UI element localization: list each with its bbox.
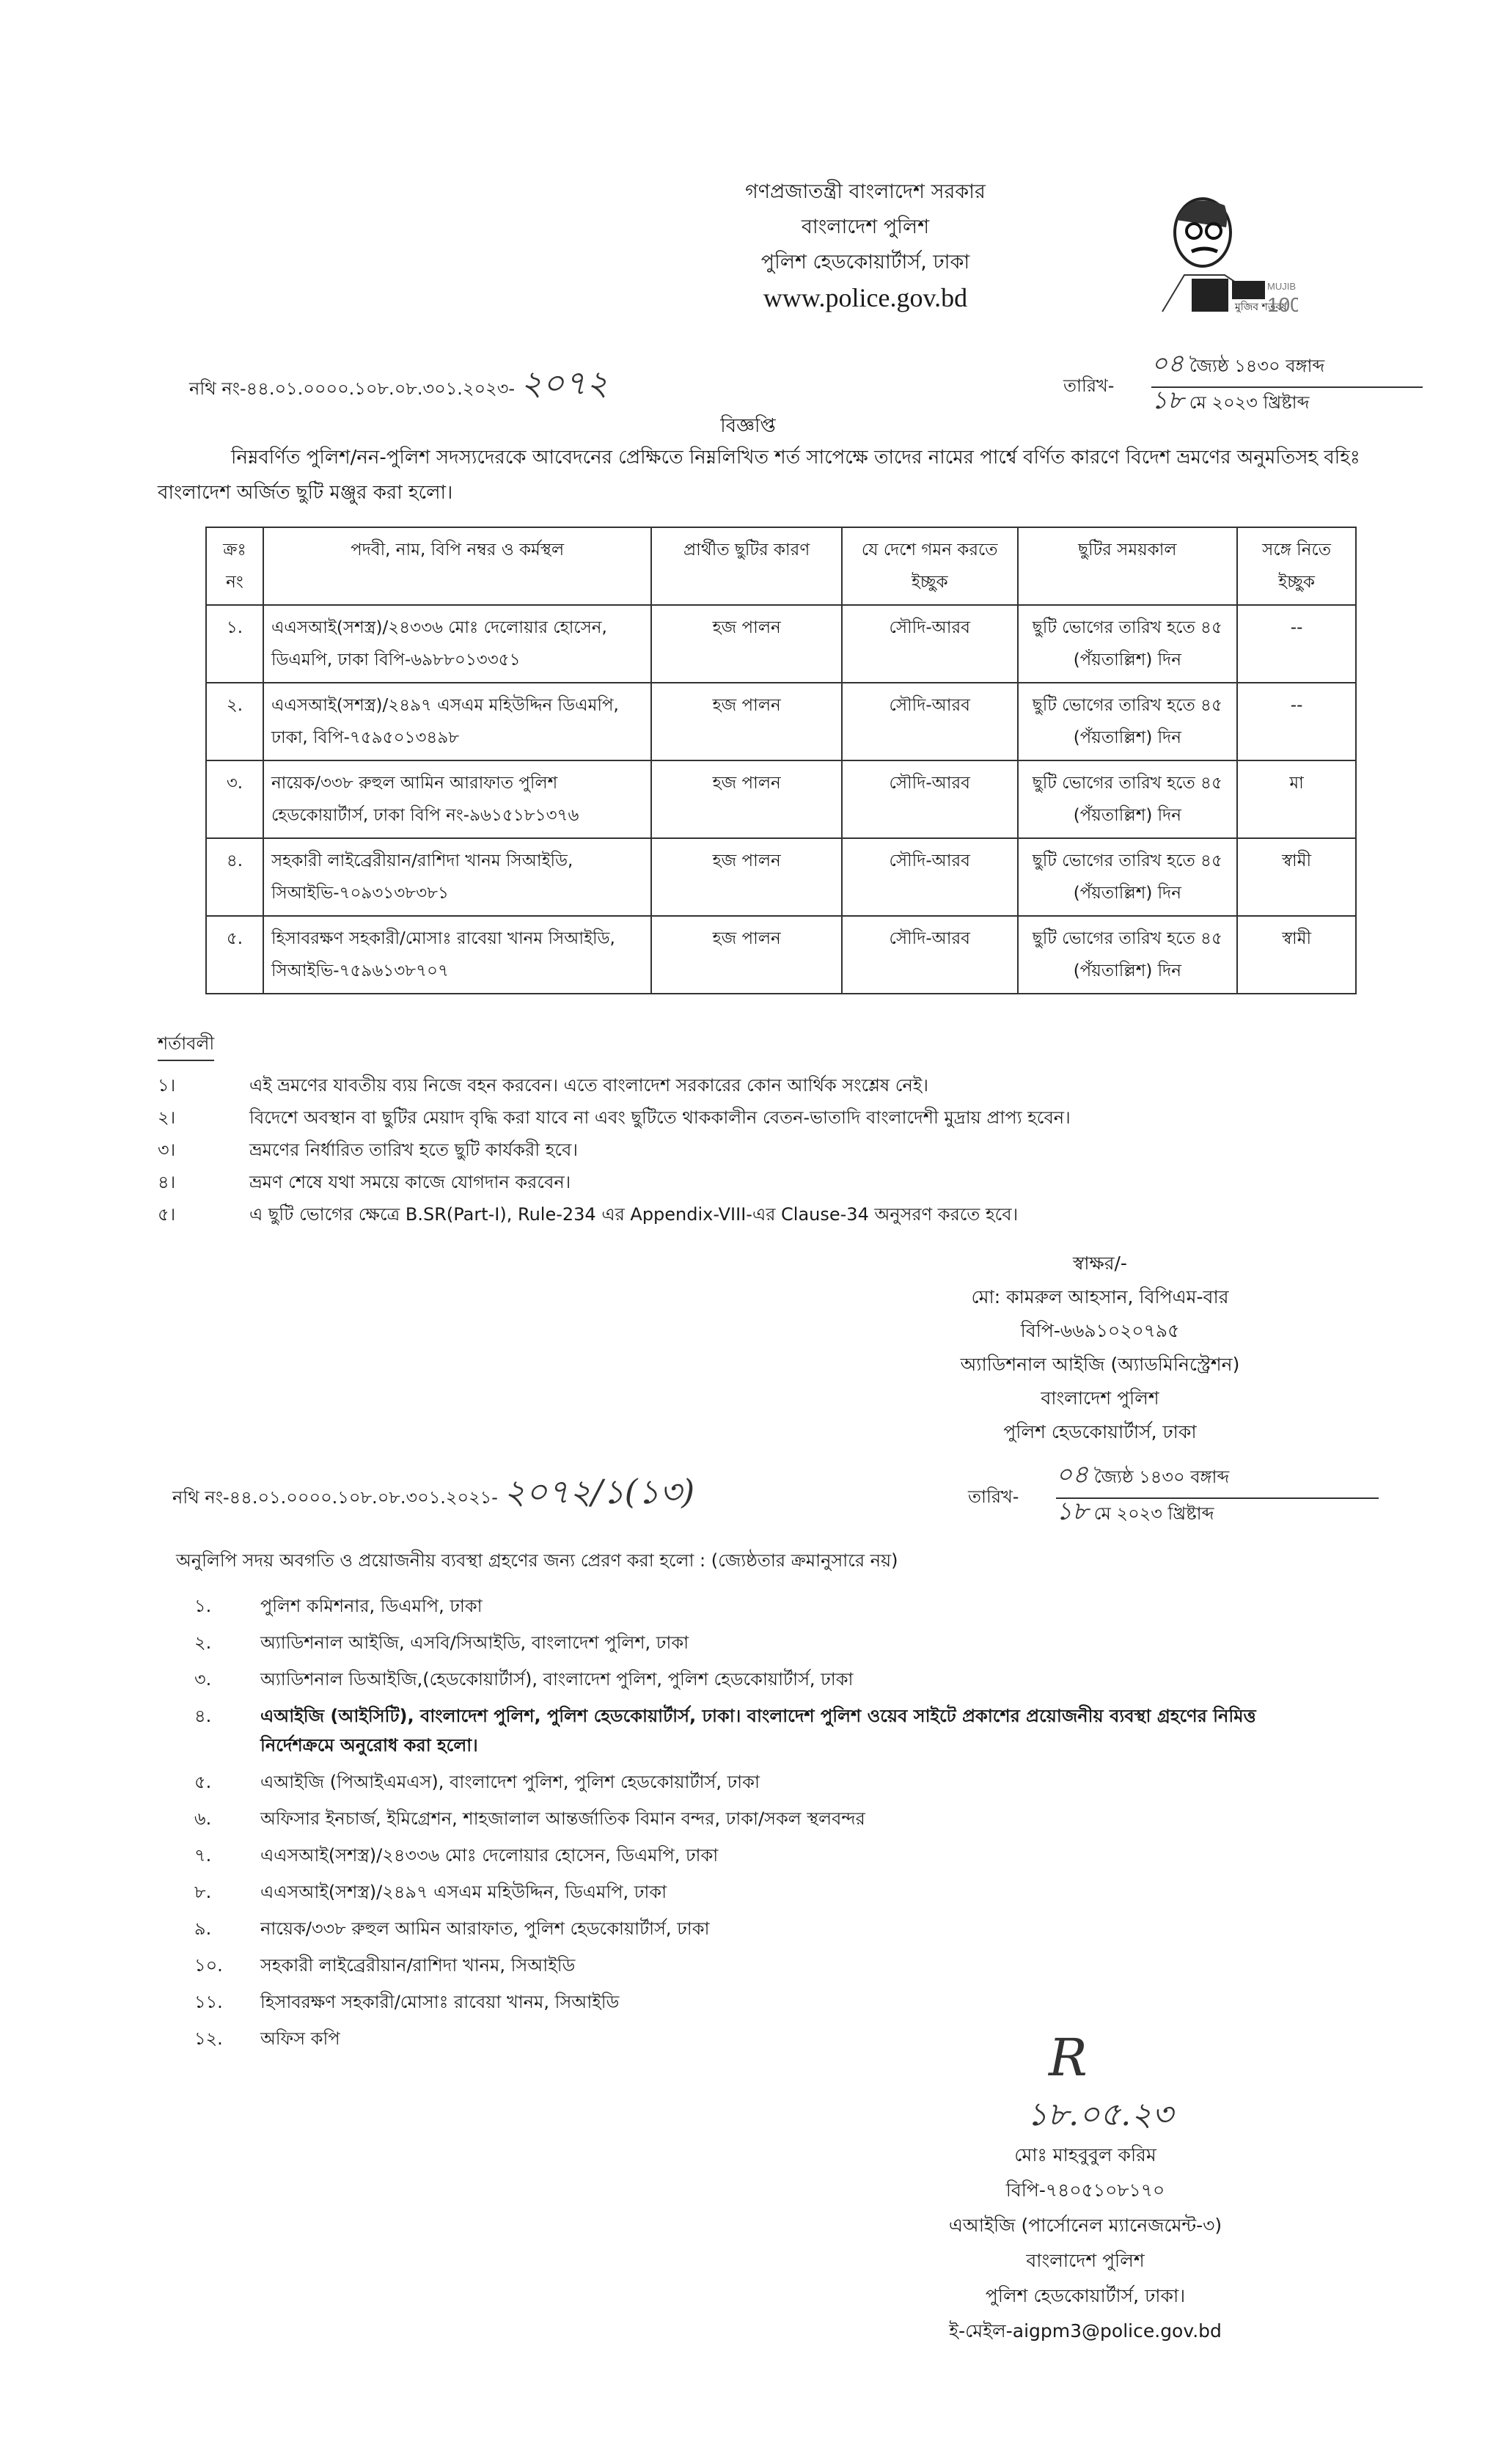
copy-recipient: সহকারী লাইব্রেরীয়ান/রাশিদা খানম, সিআইডি [260,1951,1324,1980]
copy-recipient-item: ৭.এএসআই(সশস্ত্র)/২৪৩৩৬ মোঃ দেলোয়ার হোসে… [194,1841,1338,1870]
table-row: ৪.সহকারী লাইব্রেরীয়ান/রাশিদা খানম সিআইড… [206,838,1356,916]
svg-text:MUJIB: MUJIB [1267,281,1296,292]
cell-companion: স্বামী [1237,838,1356,916]
cell-serial: ৫. [206,916,263,994]
condition-number: ৩। [158,1135,249,1165]
condition-item: ১।এই ভ্রমণের যাবতীয় ব্যয় নিজে বহন করবে… [158,1071,1404,1100]
cell-details: সহকারী লাইব্রেরীয়ান/রাশিদা খানম সিআইডি,… [263,838,651,916]
letterhead-government: গণপ্রজাতন্ত্রী বাংলাদেশ সরকার [689,175,1041,210]
handwritten-initial: R [1049,2028,1088,2088]
copy-number: ৮. [194,1877,260,1907]
copy-number: ১০. [194,1951,260,1980]
condition-item: ৩।ভ্রমণের নির্ধারিত তারিখ হতে ছুটি কার্য… [158,1135,1404,1165]
letterhead: গণপ্রজাতন্ত্রী বাংলাদেশ সরকার বাংলাদেশ প… [689,175,1041,315]
cell-duration: ছুটি ভোগের তারিখ হতে ৪৫ (পঁয়তাল্লিশ) দি… [1018,605,1238,683]
signatory-org: বাংলাদেশ পুলিশ [843,1382,1357,1415]
copy-recipient: এআইজি (পিআইএমএস), বাংলাদেশ পুলিশ, পুলিশ … [260,1767,1324,1797]
svg-text:100: 100 [1267,293,1298,315]
condition-number: ২। [158,1103,249,1132]
table-row: ১.এএসআই(সশস্ত্র)/২৪৩৩৬ মোঃ দেলোয়ার হোসে… [206,605,1356,683]
copy-recipient-item: ১.পুলিশ কমিশনার, ডিএমপি, ঢাকা [194,1591,1338,1621]
cell-serial: ১. [206,605,263,683]
copy-number: ২. [194,1628,260,1657]
copy-recipient: পুলিশ কমিশনার, ডিএমপি, ঢাকা [260,1591,1324,1621]
copy-number: ৩. [194,1665,260,1694]
letterhead-department: বাংলাদেশ পুলিশ [689,210,1041,245]
copy-number: ১. [194,1591,260,1621]
copy-recipient-item: ৬.অফিসার ইনচার্জ, ইমিগ্রেশন, শাহজালাল আন… [194,1804,1338,1833]
cell-reason: হজ পালন [651,683,842,760]
cell-duration: ছুটি ভোগের তারিখ হতে ৪৫ (পঁয়তাল্লিশ) দি… [1018,838,1238,916]
date-gregorian: মে ২০২৩ খ্রিষ্টাব্দ [1189,392,1310,413]
signature-mark: স্বাক্ষর/- [843,1247,1357,1280]
cell-country: সৌদি-আরব [842,838,1018,916]
signature-block-2: মোঃ মাহবুবুল করিম বিপি-৭৪০৫১০৮১৭০ এআইজি … [851,2138,1320,2349]
cell-duration: ছুটি ভোগের তারিখ হতে ৪৫ (পঁয়তাল্লিশ) দি… [1018,683,1238,760]
condition-text: ভ্রমণ শেষে যথা সময়ে কাজে যোগদান করবেন। [249,1172,571,1192]
conditions-list: ১।এই ভ্রমণের যাবতীয় ব্যয় নিজে বহন করবে… [158,1071,1404,1232]
date-label: তারিখ- [1063,373,1114,402]
copy-recipient-item: ১০.সহকারী লাইব্রেরীয়ান/রাশিদা খানম, সিআ… [194,1951,1338,1980]
col-country: যে দেশে গমন করতে ইচ্ছুক [842,527,1018,605]
copy-recipient-item: ২.অ্যাডিশনাল আইজি, এসবি/সিআইডি, বাংলাদেশ… [194,1628,1338,1657]
memo-reference-2-handwritten: ২০৭২/১(১৩) [504,1472,695,1511]
condition-item: ২।বিদেশে অবস্থান বা ছুটির মেয়াদ বৃদ্ধি … [158,1103,1404,1132]
copy-recipient: অ্যাডিশনাল আইজি, এসবি/সিআইডি, বাংলাদেশ প… [260,1628,1324,1657]
signatory-office: পুলিশ হেডকোয়ার্টার্স, ঢাকা [843,1415,1357,1449]
copy-number: ৯. [194,1914,260,1943]
cell-country: সৌদি-আরব [842,916,1018,994]
cell-country: সৌদি-আরব [842,760,1018,838]
condition-text: এই ভ্রমণের যাবতীয় ব্যয় নিজে বহন করবেন।… [249,1075,928,1096]
table-header-row: ক্রঃ নং পদবী, নাম, বিপি নম্বর ও কর্মস্থল… [206,527,1356,605]
mujib-100-logo-icon: মুজিব শতবর্ষ MUJIB 100 [1159,187,1298,315]
cell-reason: হজ পালন [651,760,842,838]
notice-title: বিজ্ঞপ্তি [689,411,807,443]
cell-companion: -- [1237,683,1356,760]
cell-reason: হজ পালন [651,605,842,683]
copy-recipient-item: ১২.অফিস কপি [194,2024,1338,2053]
memo-reference-handwritten: ২০৭২ [521,363,609,403]
col-companion: সঙ্গে নিতে ইচ্ছুক [1237,527,1356,605]
signatory-2-designation: এআইজি (পার্সোনেল ম্যানেজমেন্ট-৩) [851,2208,1320,2243]
cell-country: সৌদি-আরব [842,605,1018,683]
cell-serial: ৩. [206,760,263,838]
signatory-2-office: পুলিশ হেডকোয়ার্টার্স, ঢাকা। [851,2278,1320,2314]
condition-text: বিদেশে অবস্থান বা ছুটির মেয়াদ বৃদ্ধি কর… [249,1107,1071,1128]
table-row: ৫.হিসাবরক্ষণ সহকারী/মোসাঃ রাবেয়া খানম স… [206,916,1356,994]
leave-table: ক্রঃ নং পদবী, নাম, বিপি নম্বর ও কর্মস্থল… [205,527,1357,994]
copy-recipient: নায়েক/৩৩৮ রুহুল আমিন আরাফাত, পুলিশ হেডক… [260,1914,1324,1943]
signatory-designation: অ্যাডিশনাল আইজি (অ্যাডমিনিস্ট্রেশন) [843,1348,1357,1382]
letterhead-office: পুলিশ হেডকোয়ার্টার্স, ঢাকা [689,245,1041,280]
table-row: ২.এএসআই(সশস্ত্র)/২৪৯৭ এসএম মহিউদ্দিন ডিএ… [206,683,1356,760]
cell-duration: ছুটি ভোগের তারিখ হতে ৪৫ (পঁয়তাল্লিশ) দি… [1018,760,1238,838]
col-details: পদবী, নাম, বিপি নম্বর ও কর্মস্থল [263,527,651,605]
copy-recipient: এআইজি (আইসিটি), বাংলাদেশ পুলিশ, পুলিশ হে… [260,1701,1324,1760]
letterhead-website: www.police.gov.bd [689,280,1041,315]
copy-number: ৭. [194,1841,260,1870]
memo-reference: নথি নং-৪৪.০১.০০০০.১০৮.০৮.৩০১.২০২৩- ২০৭২ [189,358,608,414]
copy-recipient: অ্যাডিশনাল ডিআইজি,(হেডকোয়ার্টার্স), বাং… [260,1665,1324,1694]
signatory-2-org: বাংলাদেশ পুলিশ [851,2243,1320,2278]
handwritten-date: ১৮.০৫.২৩ [1027,2090,1173,2144]
condition-item: ৫।এ ছুটি ভোগের ক্ষেত্রে B.SR(Part-I), Ru… [158,1200,1404,1229]
memo-reference-label: নথি নং-৪৪.০১.০০০০.১০৮.০৮.৩০১.২০২৩- [189,378,515,399]
copies-intro: অনুলিপি সদয় অবগতি ও প্রয়োজনীয় ব্যবস্থ… [176,1547,898,1577]
cell-companion: -- [1237,605,1356,683]
copy-recipient-item: ৫.এআইজি (পিআইএমএস), বাংলাদেশ পুলিশ, পুলি… [194,1767,1338,1797]
signatory-2-email[interactable]: ই-মেইল-aigpm3@police.gov.bd [851,2314,1320,2349]
cell-serial: ৪. [206,838,263,916]
condition-item: ৪।ভ্রমণ শেষে যথা সময়ে কাজে যোগদান করবেন… [158,1167,1404,1197]
signatory-bp: বিপি-৬৬৯১০২০৭৯৫ [843,1314,1357,1348]
signatory-2-bp: বিপি-৭৪০৫১০৮১৭০ [851,2173,1320,2208]
cell-country: সৌদি-আরব [842,683,1018,760]
copy-recipient-item: ১১.হিসাবরক্ষণ সহকারী/মোসাঃ রাবেয়া খানম,… [194,1987,1338,2017]
cell-companion: স্বামী [1237,916,1356,994]
conditions-title: শর্তাবলী [158,1030,214,1061]
copy-recipient: হিসাবরক্ষণ সহকারী/মোসাঃ রাবেয়া খানম, সি… [260,1987,1324,2017]
copy-recipient-item: ৩.অ্যাডিশনাল ডিআইজি,(হেডকোয়ার্টার্স), ব… [194,1665,1338,1694]
col-duration: ছুটির সময়কাল [1018,527,1238,605]
copy-number: ১২. [194,2024,260,2053]
copy-recipient: এএসআই(সশস্ত্র)/২৪৯৭ এসএম মহিউদ্দিন, ডিএম… [260,1877,1324,1907]
condition-number: ৪। [158,1167,249,1197]
col-serial: ক্রঃ নং [206,527,263,605]
copy-recipient: এএসআই(সশস্ত্র)/২৪৩৩৬ মোঃ দেলোয়ার হোসেন,… [260,1841,1324,1870]
cell-details: এএসআই(সশস্ত্র)/২৪৯৭ এসএম মহিউদ্দিন ডিএমপ… [263,683,651,760]
cell-companion: মা [1237,760,1356,838]
cell-serial: ২. [206,683,263,760]
copies-list: ১.পুলিশ কমিশনার, ডিএমপি, ঢাকা২.অ্যাডিশনা… [194,1591,1338,2061]
copy-recipient-item: ৮.এএসআই(সশস্ত্র)/২৪৯৭ এসএম মহিউদ্দিন, ডি… [194,1877,1338,1907]
notice-paragraph: নিম্নবর্ণিত পুলিশ/নন-পুলিশ সদস্যদেরকে আব… [158,440,1375,510]
copy-recipient: অফিসার ইনচার্জ, ইমিগ্রেশন, শাহজালাল আন্ত… [260,1804,1324,1833]
table-row: ৩.নায়েক/৩৩৮ রুহুল আমিন আরাফাত পুলিশ হেড… [206,760,1356,838]
condition-text: ভ্রমণের নির্ধারিত তারিখ হতে ছুটি কার্যকর… [249,1140,578,1160]
cell-reason: হজ পালন [651,916,842,994]
cell-reason: হজ পালন [651,838,842,916]
copy-number: ১১. [194,1987,260,2017]
cell-details: এএসআই(সশস্ত্র)/২৪৩৩৬ মোঃ দেলোয়ার হোসেন,… [263,605,651,683]
memo-reference-2: নথি নং-৪৪.০১.০০০০.১০৮.০৮.৩০১.২০২১- ২০৭২/… [172,1467,694,1522]
condition-text: এ ছুটি ভোগের ক্ষেত্রে B.SR(Part-I), Rule… [249,1204,1018,1225]
signatory-2-name: মোঃ মাহবুবুল করিম [851,2138,1320,2173]
signatory-name: মো: কামরুল আহসান, বিপিএম-বার [843,1280,1357,1314]
copy-recipient-item: ৯.নায়েক/৩৩৮ রুহুল আমিন আরাফাত, পুলিশ হে… [194,1914,1338,1943]
copy-recipient: অফিস কপি [260,2024,1324,2053]
cell-duration: ছুটি ভোগের তারিখ হতে ৪৫ (পঁয়তাল্লিশ) দি… [1018,916,1238,994]
copy-recipient-item: ৪.এআইজি (আইসিটি), বাংলাদেশ পুলিশ, পুলিশ … [194,1701,1338,1760]
condition-number: ৫। [158,1200,249,1229]
copy-number: ৪. [194,1701,260,1731]
cell-details: নায়েক/৩৩৮ রুহুল আমিন আরাফাত পুলিশ হেডকো… [263,760,651,838]
copy-number: ৫. [194,1767,260,1797]
date-bangla: জ্যৈষ্ঠ ১৪৩০ বঙ্গাব্দ [1189,356,1324,376]
cell-details: হিসাবরক্ষণ সহকারী/মোসাঃ রাবেয়া খানম সিআ… [263,916,651,994]
signature-block-1: স্বাক্ষর/- মো: কামরুল আহসান, বিপিএম-বার … [843,1247,1357,1449]
col-reason: প্রার্থীত ছুটির কারণ [651,527,842,605]
copy-number: ৬. [194,1804,260,1833]
condition-number: ১। [158,1071,249,1100]
